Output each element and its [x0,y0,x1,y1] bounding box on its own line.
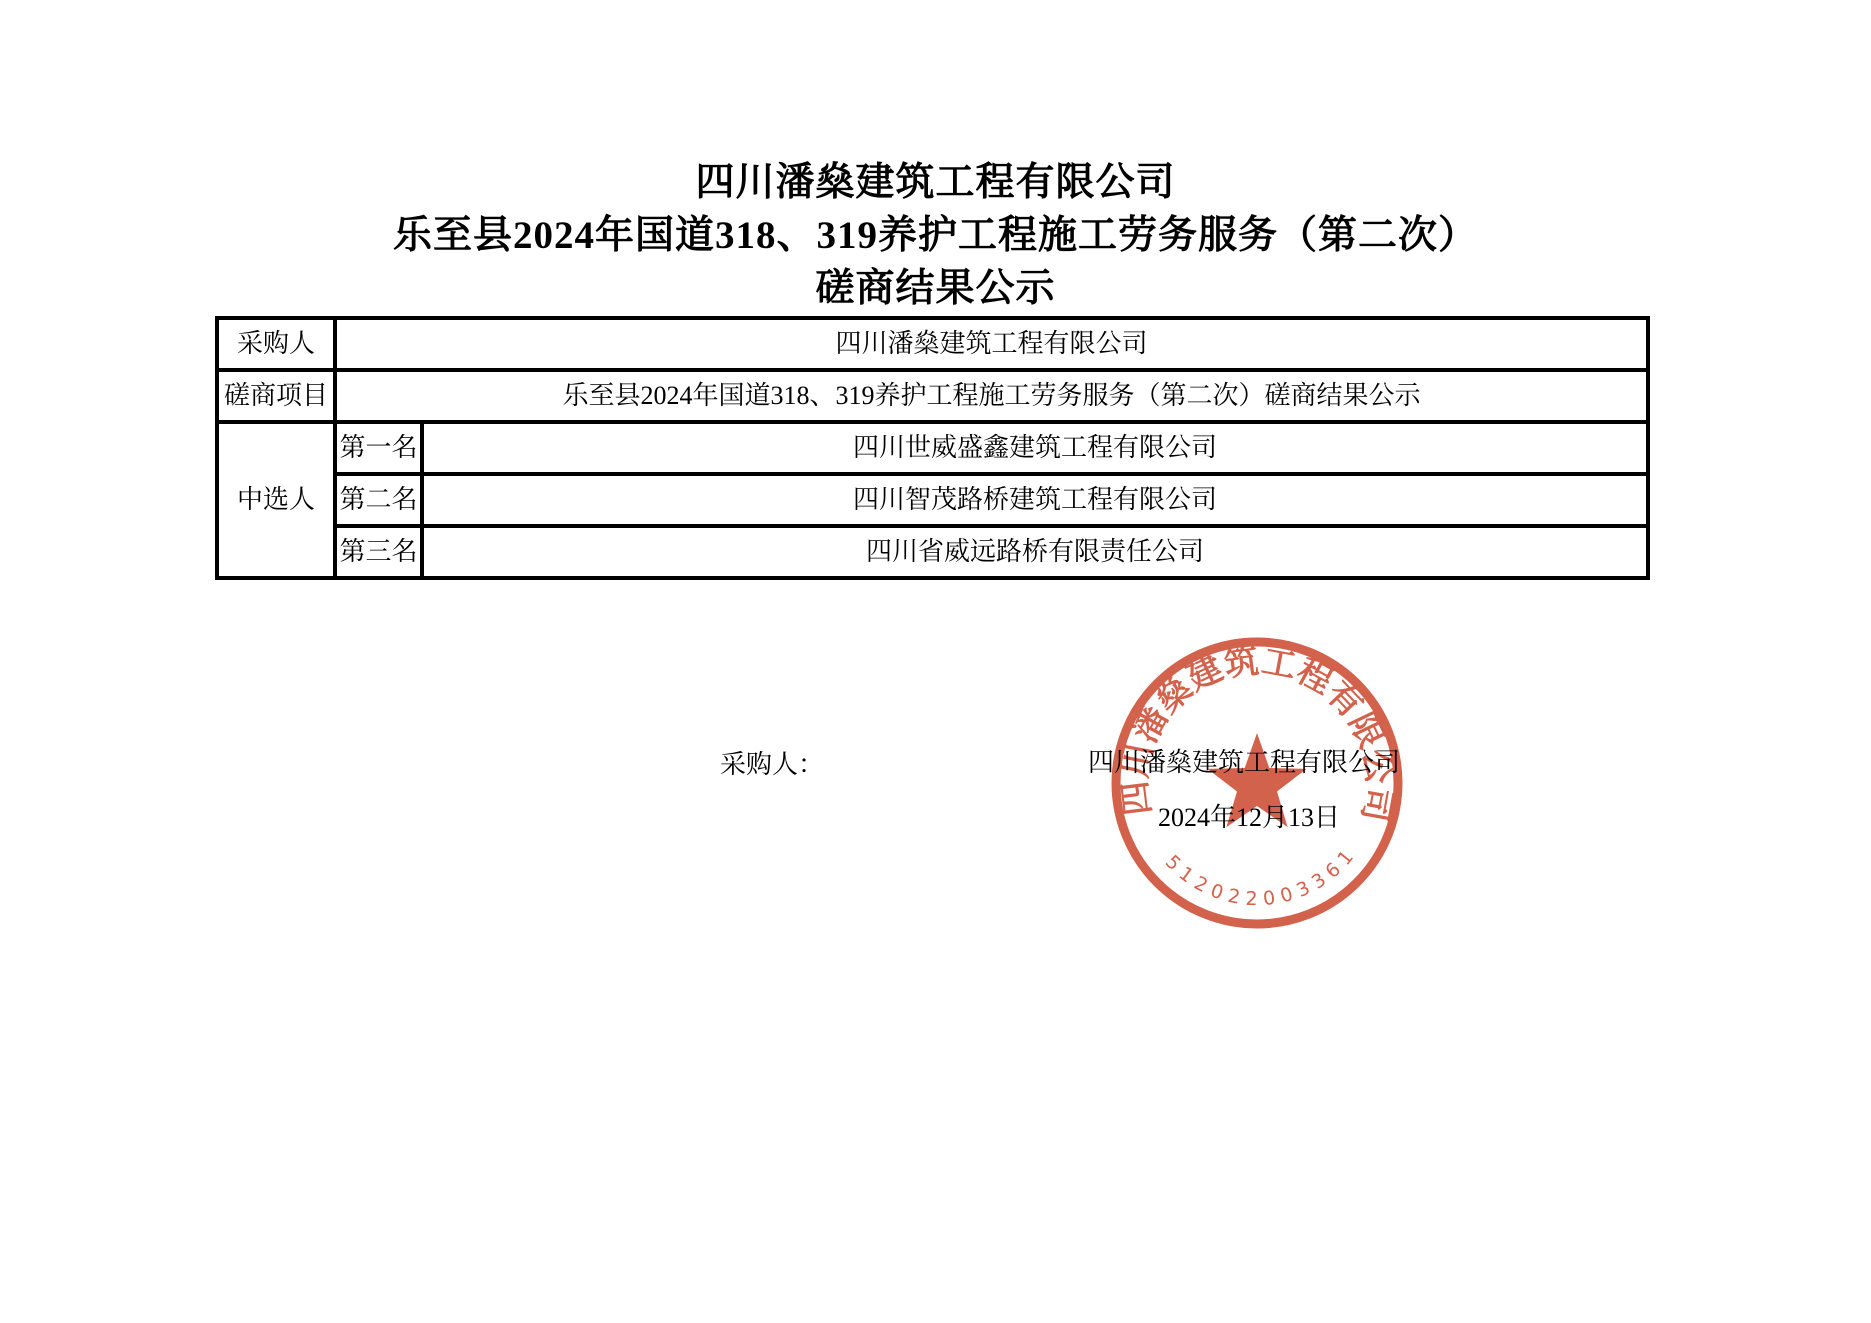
table-row-project: 磋商项目 乐至县2024年国道318、319养护工程施工劳务服务（第二次）磋商结… [217,370,1648,422]
purchaser-label-cell: 采购人 [217,318,335,370]
document-title: 四川潘燊建筑工程有限公司 乐至县2024年国道318、319养护工程施工劳务服务… [0,156,1871,315]
rank-2-cell: 第二名 [335,474,422,526]
project-label-cell: 磋商项目 [217,370,335,422]
title-line-company: 四川潘燊建筑工程有限公司 [0,156,1871,209]
table-row-purchaser: 采购人 四川潘燊建筑工程有限公司 [217,318,1648,370]
star-icon [1208,733,1307,827]
signature-purchaser-label: 采购人： [720,744,824,781]
rank-1-company-cell: 四川世威盛鑫建筑工程有限公司 [422,422,1648,474]
rank-2-company-cell: 四川智茂路桥建筑工程有限公司 [422,474,1648,526]
result-table: 采购人 四川潘燊建筑工程有限公司 磋商项目 乐至县2024年国道318、319养… [215,316,1650,580]
table-row-winner-1: 中选人 第一名 四川世威盛鑫建筑工程有限公司 [217,422,1648,474]
table-row-winner-3: 第三名 四川省威远路桥有限责任公司 [217,526,1648,578]
company-seal-stamp: 四川潘燊建筑工程有限公司 5120220033619 [1082,606,1434,958]
title-line-result: 磋商结果公示 [0,262,1871,315]
title-line-project: 乐至县2024年国道318、319养护工程施工劳务服务（第二次） [0,209,1871,262]
winner-label-cell: 中选人 [217,422,335,578]
purchaser-value-cell: 四川潘燊建筑工程有限公司 [335,318,1648,370]
table-row-winner-2: 第二名 四川智茂路桥建筑工程有限公司 [217,474,1648,526]
rank-1-cell: 第一名 [335,422,422,474]
rank-3-cell: 第三名 [335,526,422,578]
rank-3-company-cell: 四川省威远路桥有限责任公司 [422,526,1648,578]
document-page: 四川潘燊建筑工程有限公司 乐至县2024年国道318、319养护工程施工劳务服务… [0,0,1871,1323]
project-value-cell: 乐至县2024年国道318、319养护工程施工劳务服务（第二次）磋商结果公示 [335,370,1648,422]
